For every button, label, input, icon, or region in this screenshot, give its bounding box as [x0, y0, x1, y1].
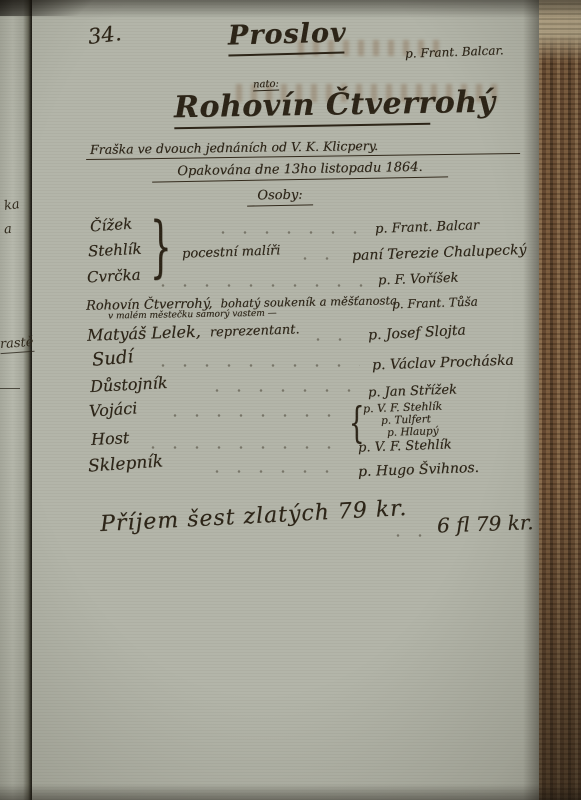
margin-fragment: ka	[3, 197, 21, 214]
page-title: Proslov	[228, 18, 345, 56]
cast-role: Důstojník	[90, 374, 168, 396]
margin-fragment: rastě	[0, 335, 34, 354]
margin-fragment: a	[3, 222, 12, 238]
dot-leader	[212, 231, 362, 234]
page-edge-shadow	[523, 0, 539, 800]
dot-leader	[142, 446, 344, 449]
cast-role: Host	[91, 429, 130, 449]
cast-role: Sklepník	[87, 452, 163, 476]
dot-leader	[387, 534, 431, 537]
margin-stroke	[0, 388, 20, 389]
cast-role-line: Matyáš Lelek, reprezentant.	[87, 319, 300, 345]
cast-actor: p. Jan Střížek	[368, 383, 457, 400]
book-fore-edge	[539, 0, 581, 800]
cast-role-note: reprezentant.	[210, 322, 300, 340]
page-number: 34.	[87, 22, 123, 49]
performance-date-line: Opakována dne 13ho listopadu 1864.	[152, 160, 448, 182]
cast-actor: p. Václav Procháska	[372, 354, 514, 374]
cast-actor: p. V. F. Stehlík	[358, 438, 452, 456]
cast-role: Sudí	[91, 347, 134, 370]
cast-actor: p. Josef Slojta	[368, 323, 466, 343]
left-page-edge: ka a rastě	[0, 0, 32, 800]
cast-role-note: bohatý soukeník a měšťanosta	[220, 293, 397, 310]
dot-leader	[294, 257, 344, 260]
cast-actor: paní Terezie Chalupecký	[352, 243, 527, 264]
genre-line: Fraška ve dvouch jednáních od V. K. Klic…	[86, 137, 520, 160]
income-text: Příjem šest zlatých 79 kr.	[100, 497, 408, 537]
dot-leader	[152, 284, 364, 287]
dot-leader	[307, 338, 359, 341]
cast-role: Vojáci	[88, 399, 137, 420]
dot-leader	[164, 414, 340, 417]
cast-heading: Osoby:	[247, 188, 313, 206]
cast-actor: p. F. Voříšek	[378, 272, 459, 289]
dot-leader	[152, 364, 360, 367]
cast-role: Stehlík	[88, 241, 142, 260]
cast-role: Matyáš Lelek,	[87, 322, 201, 345]
cast-actor: p. Frant. Tůša	[392, 296, 478, 312]
cast-group-brace: }	[150, 213, 172, 286]
manuscript-photo: ka a rastě 34. Proslov p. Frant. Balcar.…	[0, 0, 581, 800]
cast-actor: p. Hugo Švihnos.	[358, 461, 479, 481]
dot-leader	[206, 470, 344, 473]
bottom-edge-shadow	[0, 784, 581, 800]
cast-role: Cvrčka	[87, 267, 141, 286]
cast-role: Čížek	[89, 216, 132, 235]
top-left-corner-shadow	[0, 0, 110, 16]
play-title: Rohovín Čtverrohý	[174, 87, 431, 129]
author-annotation: p. Frant. Balcar.	[405, 44, 504, 61]
dot-leader	[206, 389, 354, 392]
cast-actor: p. Frant. Balcar	[375, 219, 480, 237]
cast-group-note: pocestní malíři	[182, 244, 281, 262]
